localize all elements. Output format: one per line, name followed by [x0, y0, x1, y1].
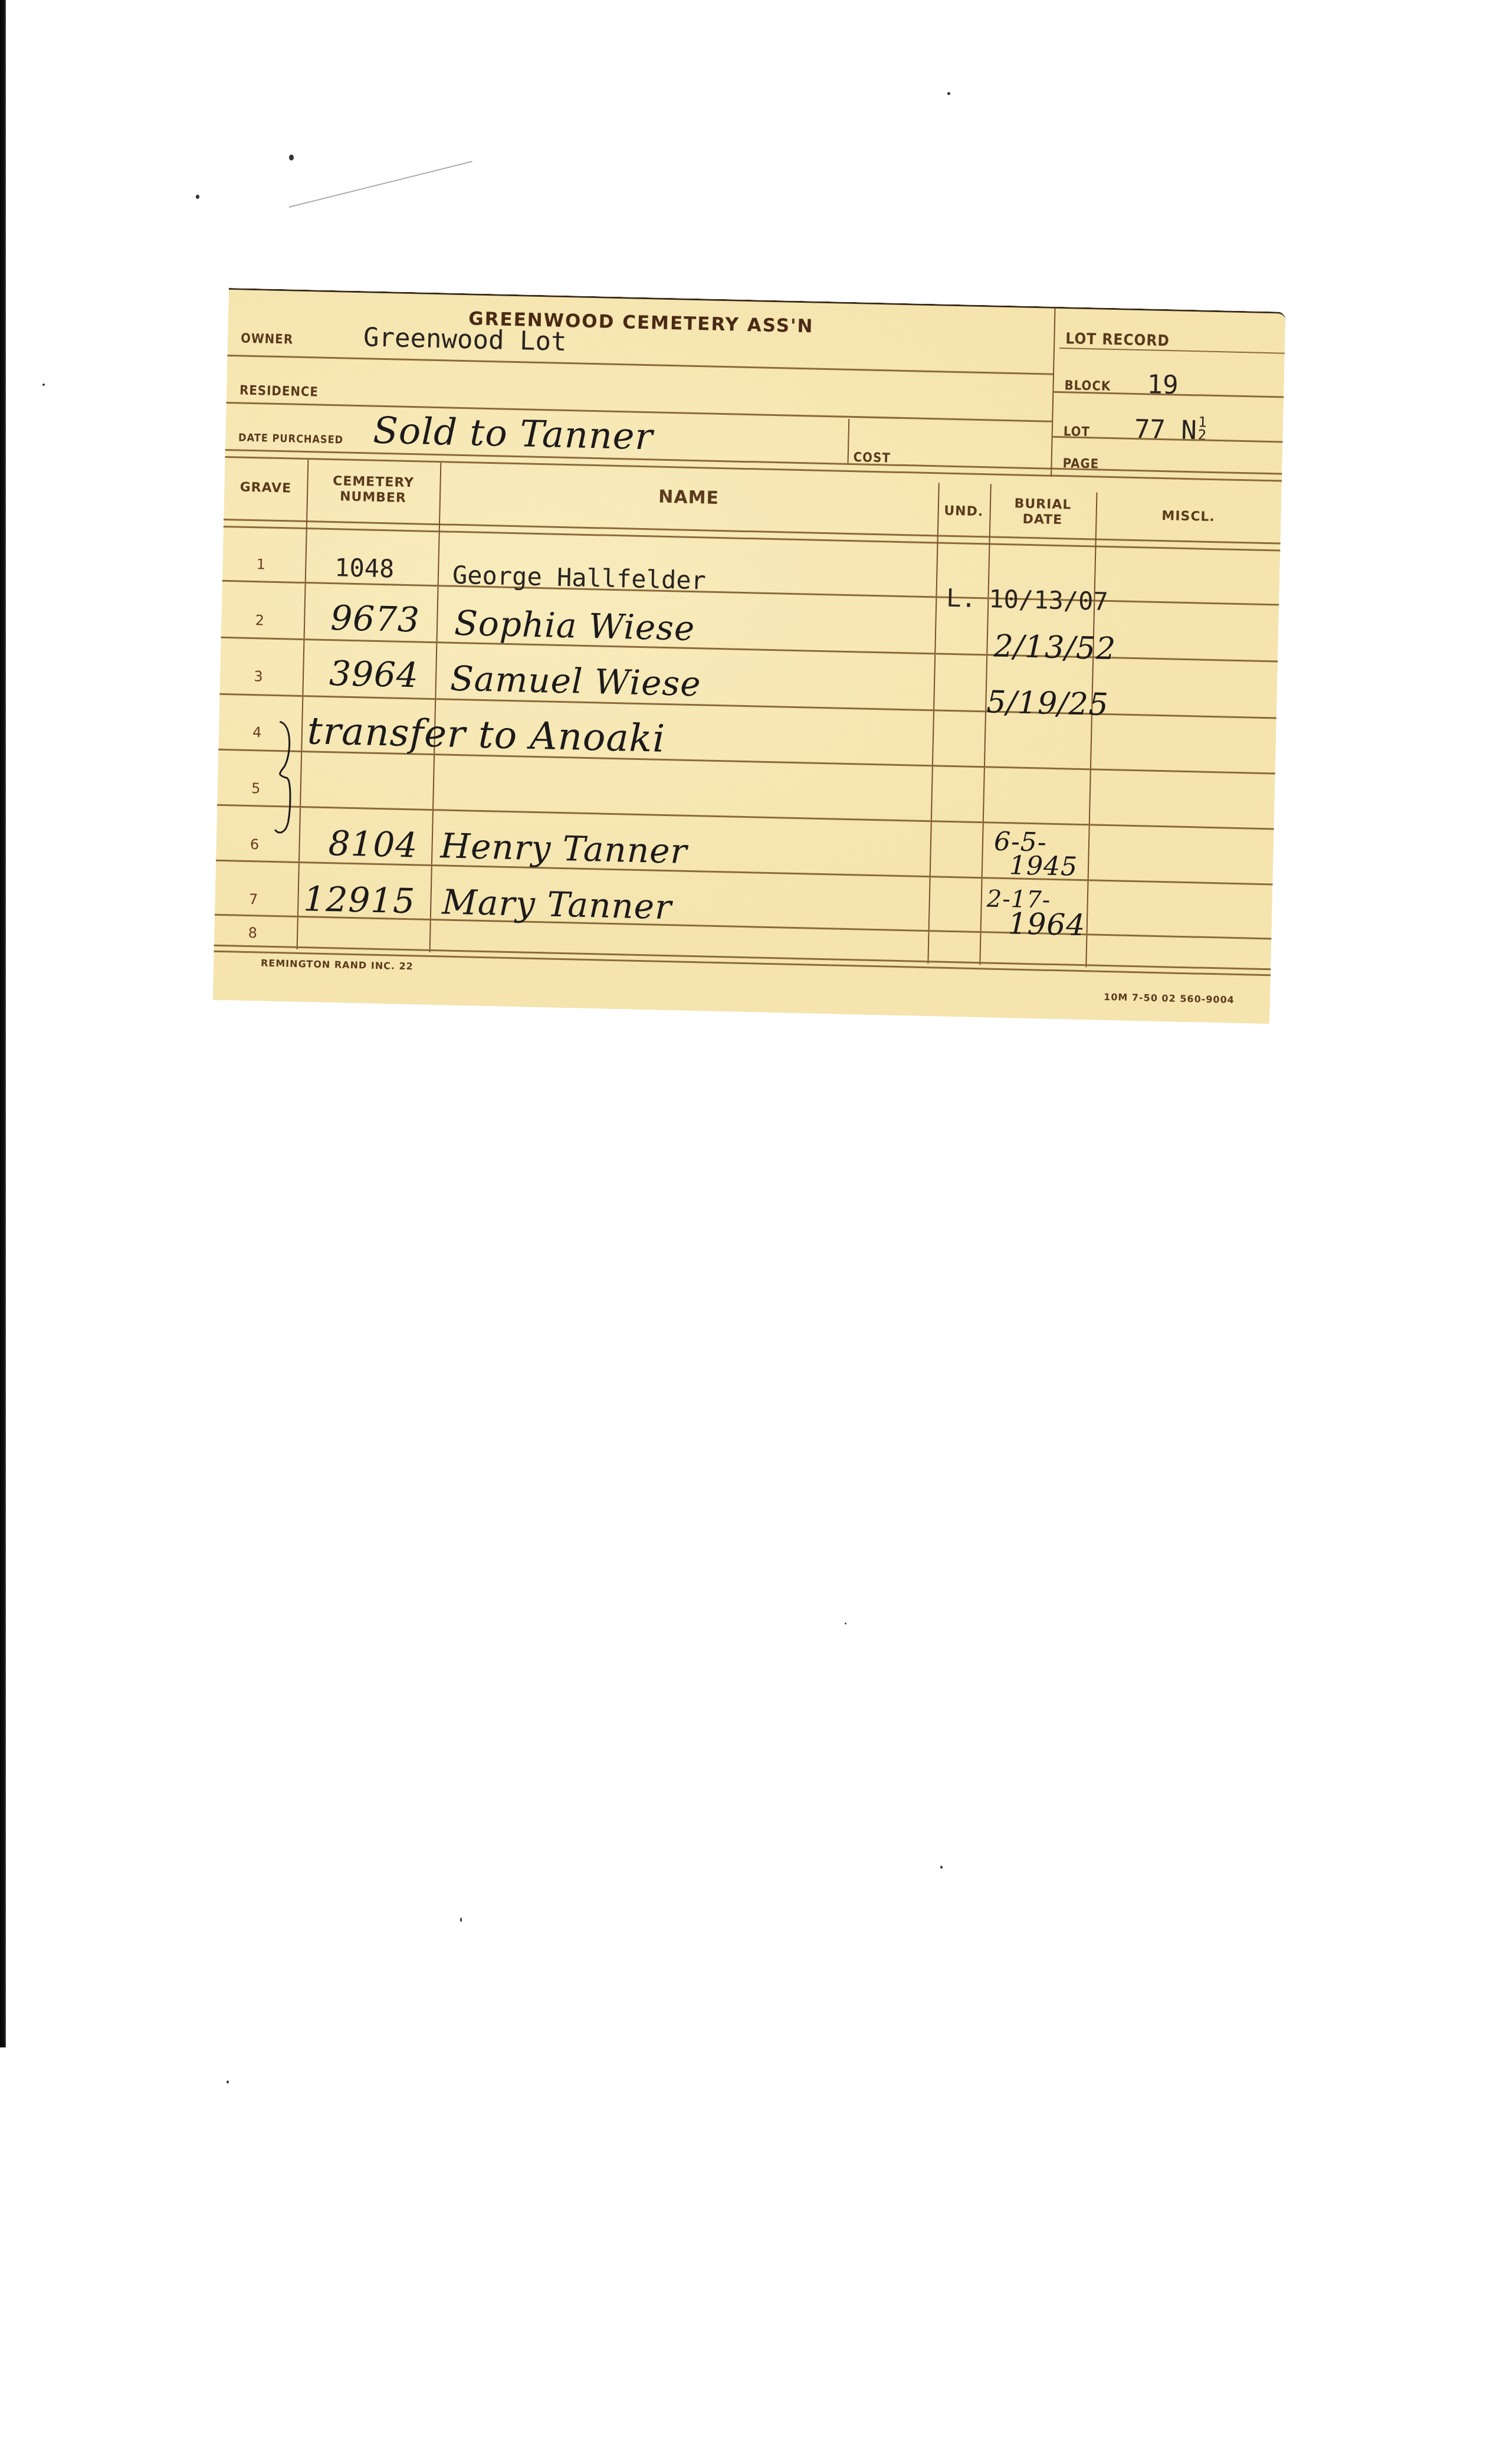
burial-name: George Hallfelder [452, 561, 707, 595]
owner-label: OWNER [241, 331, 294, 347]
burial-name: Mary Tanner [442, 882, 672, 927]
dust-speck [42, 384, 45, 386]
scanner-edge-shadow [0, 0, 6, 2047]
lot-fraction: 12 [1197, 415, 1206, 441]
grave-number: 8 [214, 924, 291, 942]
lot-number: 77 N [1134, 414, 1197, 445]
cemetery-number: 3964 [329, 653, 419, 695]
pencil-stray-mark [289, 161, 472, 208]
date-purchased-label: DATE PURCHASED [238, 431, 343, 446]
dust-speck [845, 1623, 846, 1624]
page-label: PAGE [1062, 456, 1099, 471]
dust-speck [227, 2080, 229, 2083]
burial-name: Sophia Wiese [454, 603, 695, 648]
dust-speck [289, 155, 294, 160]
burial-name: Samuel Wiese [449, 658, 701, 705]
bracket-graves-4-5 [273, 719, 305, 837]
lot-record-heading: LOT RECORD [1065, 330, 1170, 350]
date-purchased-value: Sold to Tanner [373, 409, 654, 458]
burial-date: 2/13/52 [993, 629, 1117, 667]
lot-value: 77 N12 [1134, 414, 1207, 446]
cemetery-number: 9673 [330, 598, 421, 640]
transfer-annotation: transfer to Anoaki [307, 709, 666, 761]
burial-date-line2: 1964 [1007, 906, 1086, 942]
dust-speck [940, 1866, 943, 1869]
form-code: 10M 7-50 02 560-9004 [1104, 991, 1235, 1005]
grave-number: 7 [215, 890, 292, 909]
lot-record-card: GREENWOOD CEMETERY ASS'N OWNER Greenwood… [213, 288, 1286, 1024]
cemetery-number: 1048 [334, 553, 395, 583]
residence-label: RESIDENCE [239, 383, 319, 399]
printer-imprint: REMINGTON RAND INC. 22 [261, 958, 413, 972]
burial-date: 10/13/07 [989, 584, 1108, 616]
header-burial-date: BURIALDATE [989, 496, 1096, 529]
dust-speck [196, 195, 199, 199]
header-und: UND. [937, 503, 990, 520]
dust-speck [460, 1918, 462, 1922]
und-value: L. [946, 584, 977, 613]
grave-number: 6 [216, 835, 293, 854]
cemetery-number: 12915 [303, 879, 416, 921]
burial-name: Henry Tanner [440, 825, 688, 871]
grave-number: 1 [222, 555, 300, 574]
burial-date-line2: 1945 [1009, 850, 1078, 882]
grave-number: 2 [221, 611, 298, 630]
card-title: GREENWOOD CEMETERY ASS'N [228, 303, 1054, 343]
header-name: NAME [439, 484, 938, 511]
header-grave: GRAVE [224, 480, 307, 497]
dust-speck [947, 92, 950, 95]
grave-number: 3 [220, 667, 297, 686]
cemetery-number: 8104 [328, 823, 418, 865]
header-cemetery-number: CEMETERYNUMBER [307, 473, 440, 507]
header-miscl: MISCL. [1095, 507, 1281, 526]
burial-date: 5/19/25 [986, 684, 1110, 723]
owner-value: Greenwood Lot [363, 322, 567, 357]
block-value: 19 [1147, 369, 1179, 400]
